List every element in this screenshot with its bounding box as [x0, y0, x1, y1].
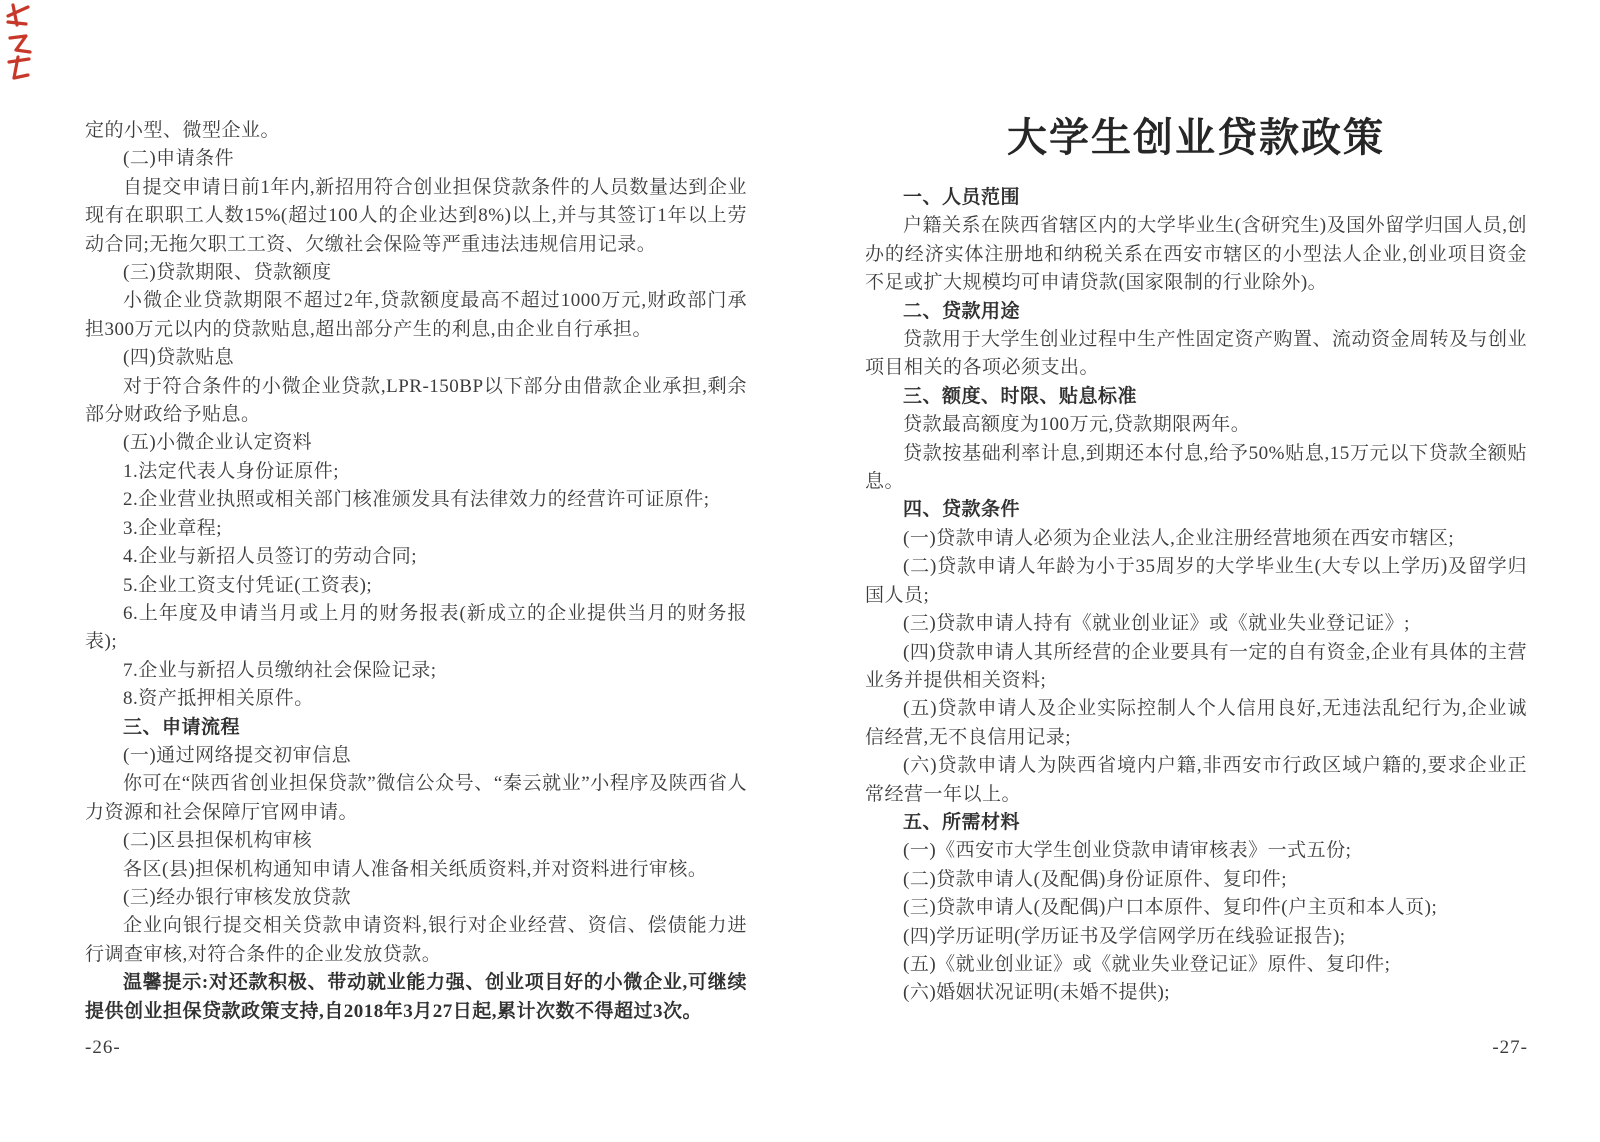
page-26: 定的小型、微型企业。(二)申请条件自提交申请日前1年内,新招用符合创业担保贷款条…	[85, 117, 747, 1026]
paragraph: 3.企业章程;	[85, 515, 747, 543]
paragraph: (一)《西安市大学生创业贷款申请审核表》一式五份;	[865, 837, 1527, 865]
paragraph: (四)贷款贴息	[85, 344, 747, 372]
paragraph: (三)经办银行审核发放贷款	[85, 884, 747, 912]
paragraph: (四)贷款申请人其所经营的企业要具有一定的自有资金,企业有具体的主营业务并提供相…	[865, 639, 1527, 696]
paragraph: (一)贷款申请人必须为企业法人,企业注册经营地须在西安市辖区;	[865, 525, 1527, 553]
paragraph: (五)小微企业认定资料	[85, 429, 747, 457]
paragraph: 自提交申请日前1年内,新招用符合创业担保贷款条件的人员数量达到企业现有在职职工人…	[85, 174, 747, 259]
page-27: 大学生创业贷款政策一、人员范围户籍关系在陕西省辖区内的大学毕业生(含研究生)及国…	[865, 112, 1527, 1008]
paragraph: 贷款最高额度为100万元,贷款期限两年。	[865, 411, 1527, 439]
paragraph: 2.企业营业执照或相关部门核准颁发具有法律效力的经营许可证原件;	[85, 486, 747, 514]
section-heading: 四、贷款条件	[865, 496, 1527, 524]
paragraph: (二)贷款申请人(及配偶)身份证原件、复印件;	[865, 866, 1527, 894]
section-heading: 五、所需材料	[865, 809, 1527, 837]
paragraph: 你可在“陕西省创业担保贷款”微信公众号、“秦云就业”小程序及陕西省人力资源和社会…	[85, 770, 747, 827]
section-heading: 温馨提示:对还款积极、带动就业能力强、创业项目好的小微企业,可继续提供创业担保贷…	[85, 969, 747, 1026]
page-title: 大学生创业贷款政策	[865, 112, 1527, 164]
page-number-27: -27-	[1442, 1036, 1528, 1060]
paragraph: (二)贷款申请人年龄为小于35周岁的大学毕业生(大专以上学历)及留学归国人员;	[865, 553, 1527, 610]
paragraph: 8.资产抵押相关原件。	[85, 685, 747, 713]
paragraph: 1.法定代表人身份证原件;	[85, 458, 747, 486]
paragraph: 定的小型、微型企业。	[85, 117, 747, 145]
paragraph: 对于符合条件的小微企业贷款,LPR-150BP以下部分由借款企业承担,剩余部分财…	[85, 373, 747, 430]
paragraph: 6.上年度及申请当月或上月的财务报表(新成立的企业提供当月的财务报表);	[85, 600, 747, 657]
paragraph: (六)婚姻状况证明(未婚不提供);	[865, 979, 1527, 1007]
section-heading: 一、人员范围	[865, 184, 1527, 212]
paragraph: 企业向银行提交相关贷款申请资料,银行对企业经营、资信、偿债能力进行调查审核,对符…	[85, 912, 747, 969]
paragraph: 7.企业与新招人员缴纳社会保险记录;	[85, 657, 747, 685]
paragraph: 小微企业贷款期限不超过2年,贷款额度最高不超过1000万元,财政部门承担300万…	[85, 287, 747, 344]
paragraph: (五)贷款申请人及企业实际控制人个人信用良好,无违法乱纪行为,企业诚信经营,无不…	[865, 695, 1527, 752]
paragraph: 各区(县)担保机构通知申请人准备相关纸质资料,并对资料进行审核。	[85, 856, 747, 884]
red-annotation-mark-top	[8, 5, 28, 25]
paragraph: (二)区县担保机构审核	[85, 827, 747, 855]
paragraph: (五)《就业创业证》或《就业失业登记证》原件、复印件;	[865, 951, 1527, 979]
red-annotation-mark-bottom	[9, 36, 30, 78]
paragraph: (三)贷款申请人(及配偶)户口本原件、复印件(户主页和本人页);	[865, 894, 1527, 922]
paragraph: (四)学历证明(学历证书及学信网学历在线验证报告);	[865, 923, 1527, 951]
paragraph: (三)贷款申请人持有《就业创业证》或《就业失业登记证》;	[865, 610, 1527, 638]
document-spread: { "annotations": { "red_mark_color": "#c…	[0, 0, 1600, 1142]
section-heading: 二、贷款用途	[865, 298, 1527, 326]
paragraph: 户籍关系在陕西省辖区内的大学毕业生(含研究生)及国外留学归国人员,创办的经济实体…	[865, 212, 1527, 297]
paragraph: (六)贷款申请人为陕西省境内户籍,非西安市行政区域户籍的,要求企业正常经营一年以…	[865, 752, 1527, 809]
red-annotation-marks	[4, 2, 38, 86]
paragraph: (一)通过网络提交初审信息	[85, 742, 747, 770]
section-heading: 三、申请流程	[85, 714, 747, 742]
paragraph: (三)贷款期限、贷款额度	[85, 259, 747, 287]
section-heading: 三、额度、时限、贴息标准	[865, 383, 1527, 411]
paragraph: 贷款用于大学生创业过程中生产性固定资产购置、流动资金周转及与创业项目相关的各项必…	[865, 326, 1527, 383]
page-number-26: -26-	[85, 1036, 121, 1060]
paragraph: (二)申请条件	[85, 145, 747, 173]
paragraph: 5.企业工资支付凭证(工资表);	[85, 572, 747, 600]
paragraph: 4.企业与新招人员签订的劳动合同;	[85, 543, 747, 571]
paragraph: 贷款按基础利率计息,到期还本付息,给予50%贴息,15万元以下贷款全额贴息。	[865, 440, 1527, 497]
